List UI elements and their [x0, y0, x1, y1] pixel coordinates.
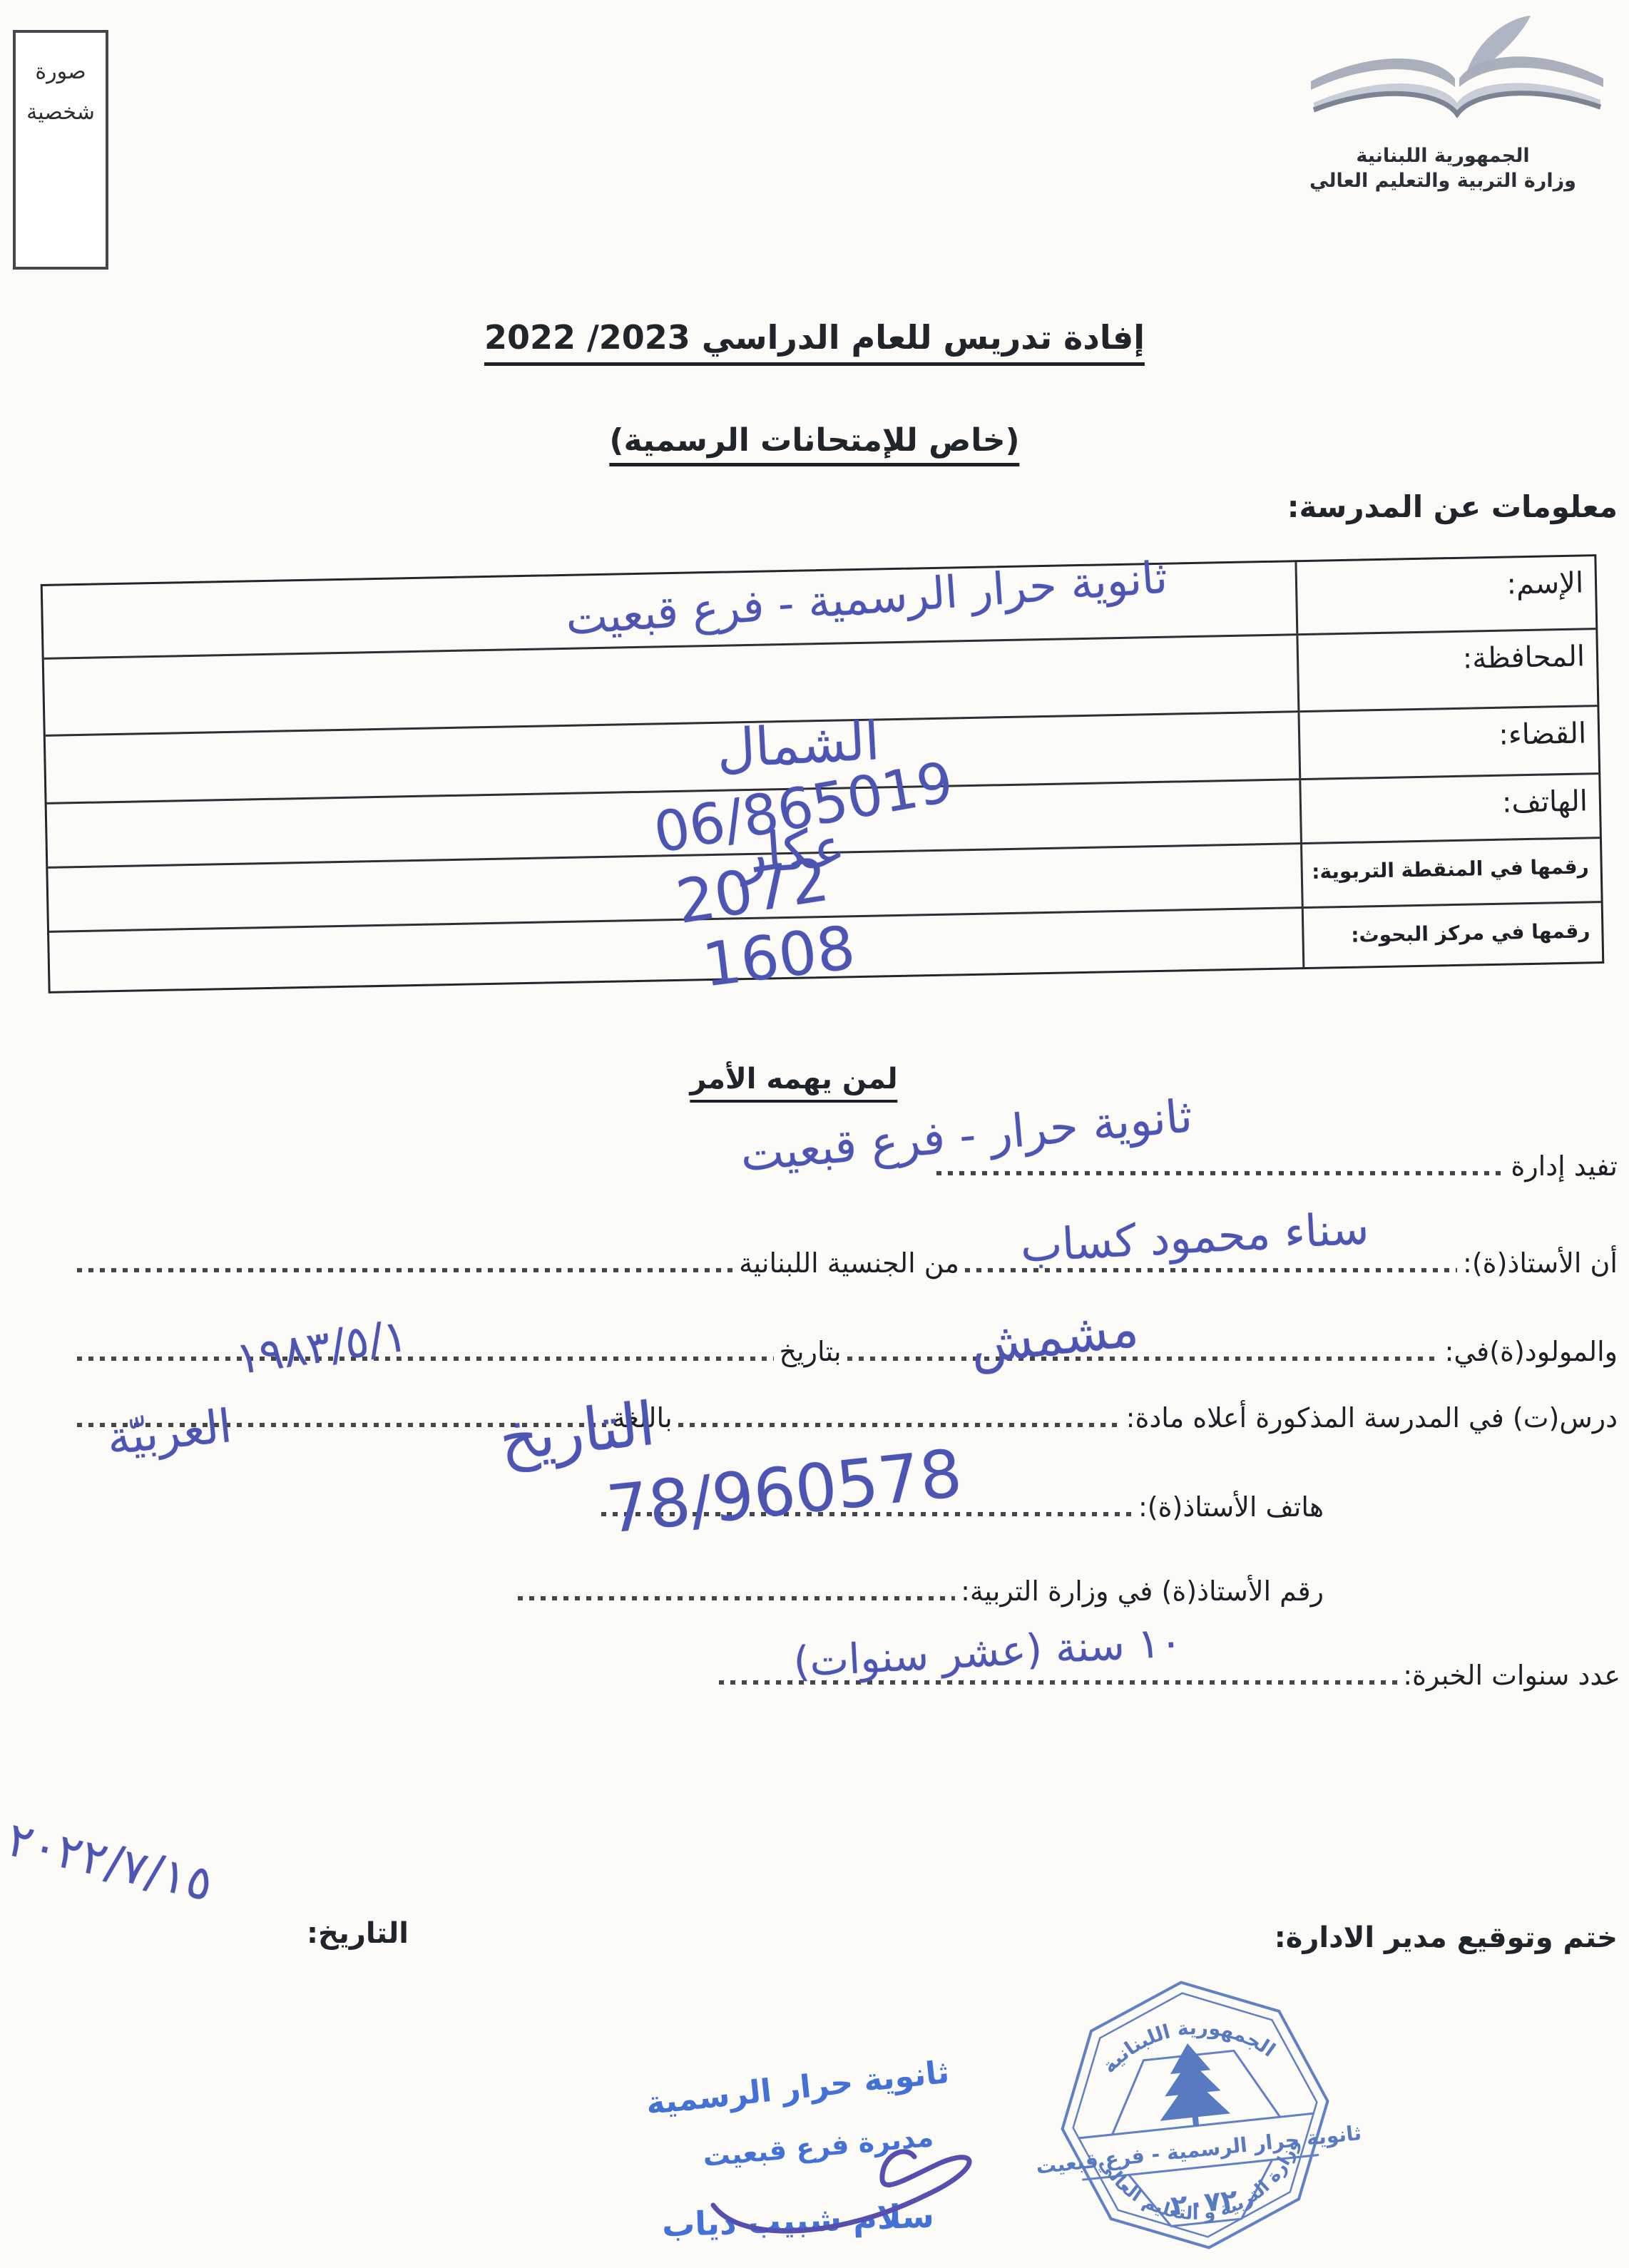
row-label-phone: الهاتف:	[1299, 775, 1600, 842]
line3-label1: والمولود(ة)في:	[1445, 1335, 1618, 1369]
handwritten-teacher-phone: 78/960578	[603, 1435, 966, 1548]
line5-label: هاتف الأستاذ(ة):	[1138, 1491, 1324, 1525]
form-line-ministry-number: رقم الأستاذ(ة) في وزارة التربية:	[512, 1575, 1324, 1609]
ministry-book-logo-icon	[1304, 16, 1610, 137]
dotted-line	[77, 1268, 733, 1272]
photo-placeholder-box: صورة شخصية	[13, 30, 108, 270]
line4-label1: درس(ت) في المدرسة المذكورة أعلاه مادة:	[1126, 1401, 1618, 1436]
document-title: إفادة تدريس للعام الدراسي 2022 /2023	[484, 318, 1145, 366]
dotted-line	[847, 1357, 1439, 1361]
official-octagon-stamp: الجمهورية اللبنانية ثانوية حرار الرسمية …	[1012, 1957, 1379, 2268]
title-years: 2022 /2023	[484, 318, 690, 357]
line6-label: رقم الأستاذ(ة) في وزارة التربية:	[961, 1575, 1324, 1609]
line2-label2: من الجنسية اللبنانية	[739, 1247, 959, 1281]
dotted-line	[518, 1596, 955, 1600]
row-label-governorate: المحافظة:	[1296, 630, 1597, 710]
row-label-research-number: رقمها في مركز البحوث:	[1302, 903, 1602, 967]
line2-label1: أن الأستاذ(ة):	[1463, 1247, 1618, 1281]
ink-stamp-school: ثانوية حرار الرسمية	[645, 2054, 951, 2122]
handwritten-date: ٢٠٢٢/٧/١٥	[2, 1812, 218, 1912]
stamp-signature-label: ختم وتوقيع مدير الادارة:	[1275, 1921, 1618, 1954]
document-subtitle: (خاص للإمتحانات الرسمية)	[609, 422, 1019, 466]
director-signature	[699, 2127, 1013, 2252]
signature-stroke	[713, 2152, 969, 2231]
row-label-district: القضاء:	[1297, 707, 1598, 778]
school-info-heading: معلومات عن المدرسة:	[1287, 489, 1618, 524]
line3-label2: بتاريخ	[780, 1335, 842, 1369]
handwritten-birthdate: ١٩٨٣/٥/١	[233, 1309, 410, 1385]
republic-name: الجمهورية اللبنانية	[1275, 145, 1610, 167]
dotted-line	[678, 1423, 1120, 1427]
scanned-teaching-certificate: صورة شخصية الجمهورية اللبنانية وزارة الت…	[0, 0, 1629, 2268]
photo-label-line2: شخصية	[16, 92, 106, 133]
line7-label: عدد سنوات الخبرة:	[1403, 1659, 1620, 1693]
photo-label-line1: صورة	[16, 51, 106, 92]
row-label-name: الإسم:	[1294, 556, 1595, 633]
to-whom-it-may-concern-heading: لمن يهمه الأمر	[690, 1063, 897, 1103]
row-label-district-number: رقمها في المنقطة التربوية:	[1300, 839, 1601, 906]
form-line-subject: درس(ت) في المدرسة المذكورة أعلاه مادة: ب…	[71, 1401, 1618, 1436]
title-text: إفادة تدريس للعام الدراسي	[702, 318, 1145, 357]
dotted-line	[77, 1357, 774, 1361]
date-label: التاريخ:	[307, 1917, 409, 1950]
ministry-name: وزارة التربية والتعليم العالي	[1275, 170, 1610, 192]
dotted-line	[936, 1171, 1505, 1175]
line1-label: تفيد إدارة	[1511, 1150, 1618, 1184]
